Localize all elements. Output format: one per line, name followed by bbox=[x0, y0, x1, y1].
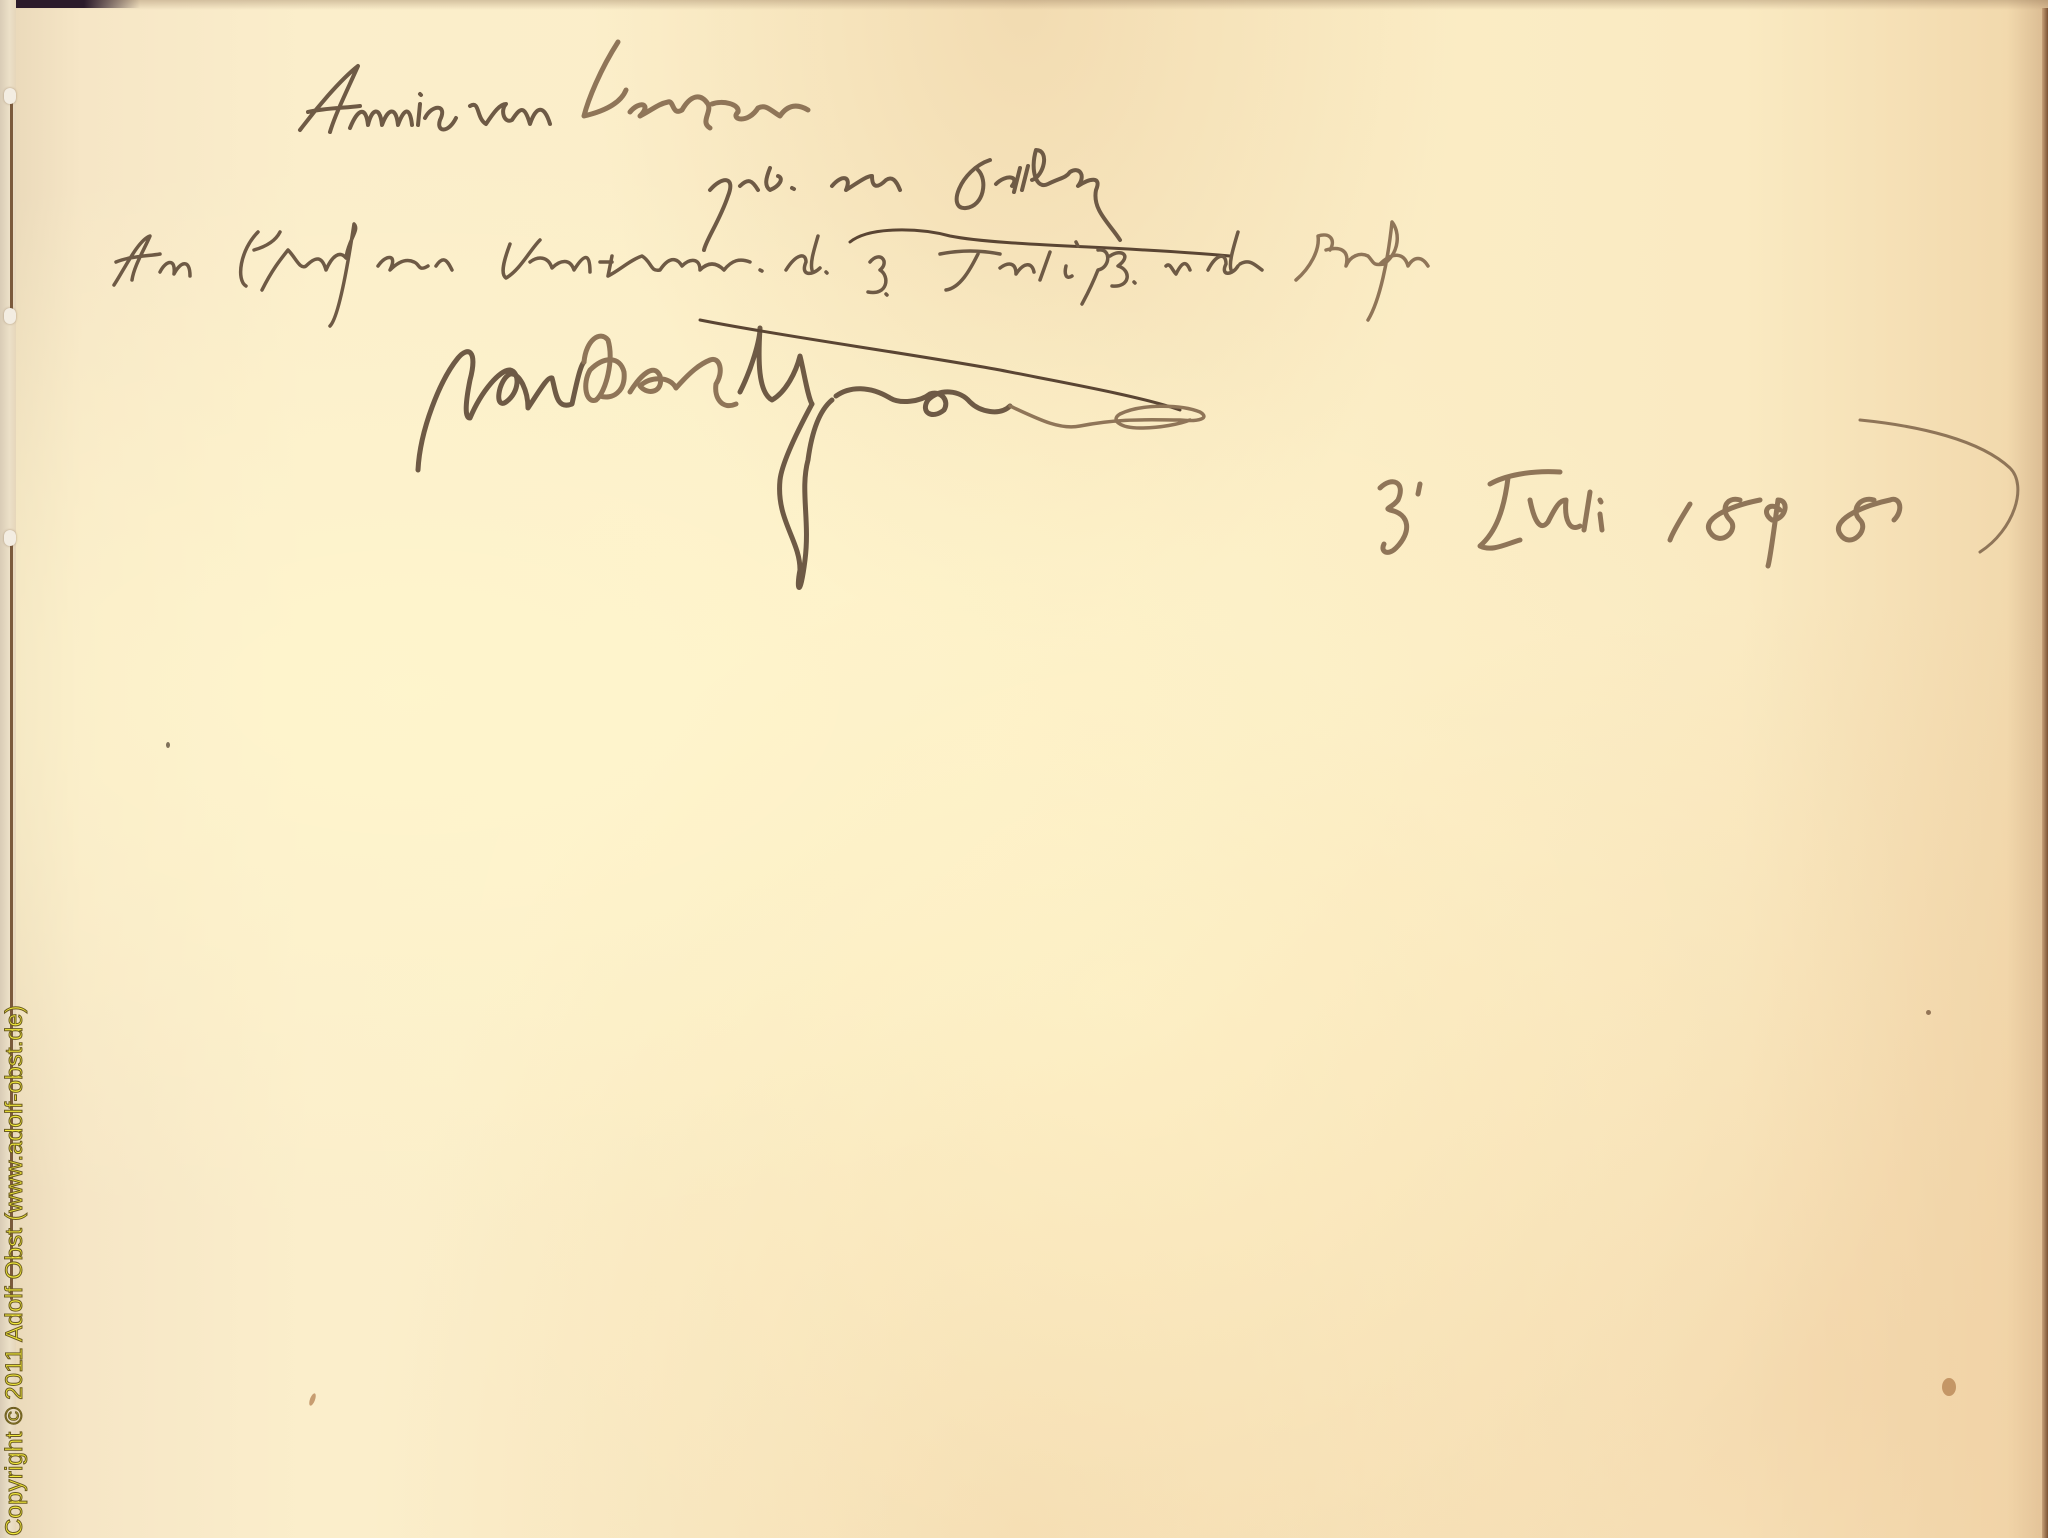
top-edge-shadow bbox=[0, 0, 2048, 10]
binding-knot bbox=[4, 308, 16, 324]
binding-knot bbox=[4, 530, 16, 546]
binding-thread-upper bbox=[10, 100, 13, 315]
entry-name-line: Annie von Oertzen bbox=[300, 60, 820, 140]
top-left-dark-corner bbox=[0, 0, 140, 8]
right-page-edge bbox=[2042, 8, 2048, 1538]
paper-speck bbox=[166, 742, 170, 748]
copyright-watermark: Copyright © 2011 Adolf Obst (www.adolf-o… bbox=[2, 1005, 28, 1536]
paper-speck bbox=[1926, 1010, 1931, 1015]
entry-maiden-name-line: geb. von Gottberg bbox=[700, 150, 1120, 220]
entry-date: 3' Juli 1898 bbox=[1370, 470, 2010, 560]
entry-signature: von Oertzen bbox=[410, 330, 1210, 450]
paper-stain bbox=[1942, 1378, 1956, 1396]
paper-stain bbox=[308, 1393, 317, 1407]
binding-knot bbox=[4, 88, 16, 104]
album-page: Annie von Oertzen geb. von Gottberg Am S… bbox=[0, 0, 2048, 1538]
entry-note-line: Am Schluß der Weltreise. d. 3. Juli 98. … bbox=[110, 230, 2010, 300]
